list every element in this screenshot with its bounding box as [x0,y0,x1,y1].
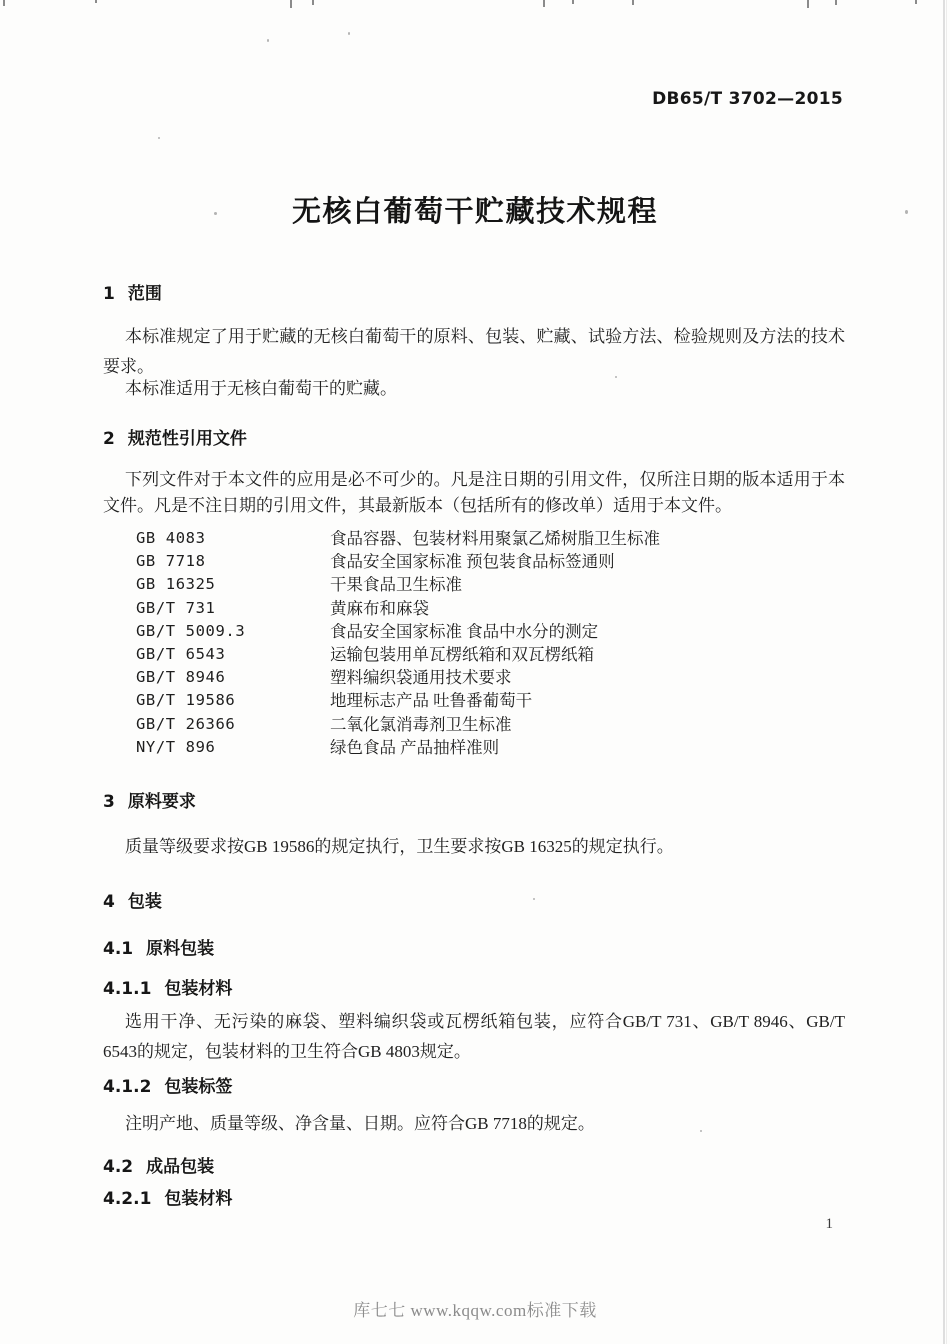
section-number: 4.2.1 [103,1189,151,1209]
page-title: 无核白葡萄干贮藏技术规程 [0,189,950,230]
section-heading-packaging-label: 4.1.2包装标签 [103,1072,232,1097]
section-title: 原料要求 [128,792,196,812]
scan-speck [533,898,535,900]
section-heading-scope: 1范围 [103,279,162,304]
reference-code: GB/T 26366 [136,713,330,736]
reference-code: GB/T 8946 [136,666,330,689]
section-heading-finished-packaging: 4.2成品包装 [103,1152,214,1177]
section-number: 4.1.1 [103,979,151,999]
paragraph: 本标准适用于无核白葡萄干的贮藏。 [103,374,845,403]
reference-code: GB/T 731 [136,597,330,620]
section-number: 3 [103,792,115,812]
section-title: 范围 [128,284,162,304]
reference-row: GB 16325干果食品卫生标准 [136,573,845,596]
reference-row: GB/T 26366二氧化氯消毒剂卫生标准 [136,713,845,736]
section-title: 包装 [128,892,162,912]
reference-code: GB/T 19586 [136,689,330,712]
paragraph: 下列文件对于本文件的应用是必不可少的。凡是注日期的引用文件，仅所注日期的版本适用… [103,467,845,519]
section-heading-packaging: 4包装 [103,887,162,912]
section-title: 成品包装 [146,1157,214,1177]
reference-title: 食品安全国家标准 食品中水分的测定 [330,620,845,643]
scan-speck [158,137,160,139]
reference-title: 食品容器、包装材料用聚氯乙烯树脂卫生标准 [330,527,845,550]
section-number: 4.1 [103,939,133,959]
reference-row: GB 7718食品安全国家标准 预包装食品标签通则 [136,550,845,573]
reference-title: 地理标志产品 吐鲁番葡萄干 [330,689,845,712]
section-number: 4.1.2 [103,1077,151,1097]
reference-title: 黄麻布和麻袋 [330,597,845,620]
scan-tick [3,0,5,6]
scan-tick [807,0,809,8]
paragraph: 注明产地、质量等级、净含量、日期。应符合GB 7718的规定。 [103,1109,845,1138]
page-number: 1 [103,1216,833,1233]
reference-title: 食品安全国家标准 预包装食品标签通则 [330,550,845,573]
section-title: 包装标签 [164,1077,232,1097]
reference-code: GB 16325 [136,573,330,596]
section-title: 包装材料 [164,1189,232,1209]
reference-row: GB/T 19586地理标志产品 吐鲁番葡萄干 [136,689,845,712]
standard-number: DB65/T 3702—2015 [103,89,843,109]
section-number: 4 [103,892,115,912]
section-heading-finished-packaging-material: 4.2.1包装材料 [103,1184,232,1209]
scan-speck [267,39,269,42]
section-heading-raw-packaging: 4.1原料包装 [103,934,214,959]
section-title: 规范性引用文件 [128,429,247,449]
section-heading-normative-references: 2规范性引用文件 [103,424,247,449]
scan-tick [290,0,292,8]
scan-tick [632,0,634,5]
scan-tick [312,0,314,5]
reference-row: GB/T 5009.3食品安全国家标准 食品中水分的测定 [136,620,845,643]
reference-title: 运输包装用单瓦楞纸箱和双瓦楞纸箱 [330,643,845,666]
paragraph: 本标准规定了用于贮藏的无核白葡萄干的原料、包装、贮藏、试验方法、检验规则及方法的… [103,322,845,382]
section-number: 1 [103,284,115,304]
reference-title: 二氧化氯消毒剂卫生标准 [330,713,845,736]
section-number: 4.2 [103,1157,133,1177]
paragraph: 质量等级要求按GB 19586的规定执行，卫生要求按GB 16325的规定执行。 [103,832,845,861]
reference-row: GB/T 731黄麻布和麻袋 [136,597,845,620]
scan-tick [543,0,545,7]
section-title: 包装材料 [164,979,232,999]
scanned-document-page: DB65/T 3702—2015 无核白葡萄干贮藏技术规程 1范围 本标准规定了… [0,0,950,1344]
reference-title: 干果食品卫生标准 [330,573,845,596]
scan-tick [95,0,97,3]
scan-speck [348,32,350,35]
reference-code: GB 4083 [136,527,330,550]
scan-tick [915,0,917,4]
section-title: 原料包装 [146,939,214,959]
reference-code: NY/T 896 [136,736,330,759]
section-heading-raw-material: 3原料要求 [103,787,196,812]
paragraph: 选用干净、无污染的麻袋、塑料编织袋或瓦楞纸箱包装，应符合GB/T 731、GB/… [103,1007,845,1067]
reference-row: GB 4083食品容器、包装材料用聚氯乙烯树脂卫生标准 [136,527,845,550]
reference-title: 绿色食品 产品抽样准则 [330,736,845,759]
scan-tick [835,0,837,5]
scan-tick [572,0,574,4]
reference-row: GB/T 6543运输包装用单瓦楞纸箱和双瓦楞纸箱 [136,643,845,666]
section-number: 2 [103,429,115,449]
reference-row: GB/T 8946塑料编织袋通用技术要求 [136,666,845,689]
watermark-footer: 库七七 www.kqqw.com标准下载 [0,1296,950,1321]
reference-code: GB/T 5009.3 [136,620,330,643]
reference-code: GB 7718 [136,550,330,573]
reference-list: GB 4083食品容器、包装材料用聚氯乙烯树脂卫生标准 GB 7718食品安全国… [136,527,845,759]
reference-code: GB/T 6543 [136,643,330,666]
reference-row: NY/T 896绿色食品 产品抽样准则 [136,736,845,759]
reference-title: 塑料编织袋通用技术要求 [330,666,845,689]
section-heading-packaging-material: 4.1.1包装材料 [103,974,232,999]
